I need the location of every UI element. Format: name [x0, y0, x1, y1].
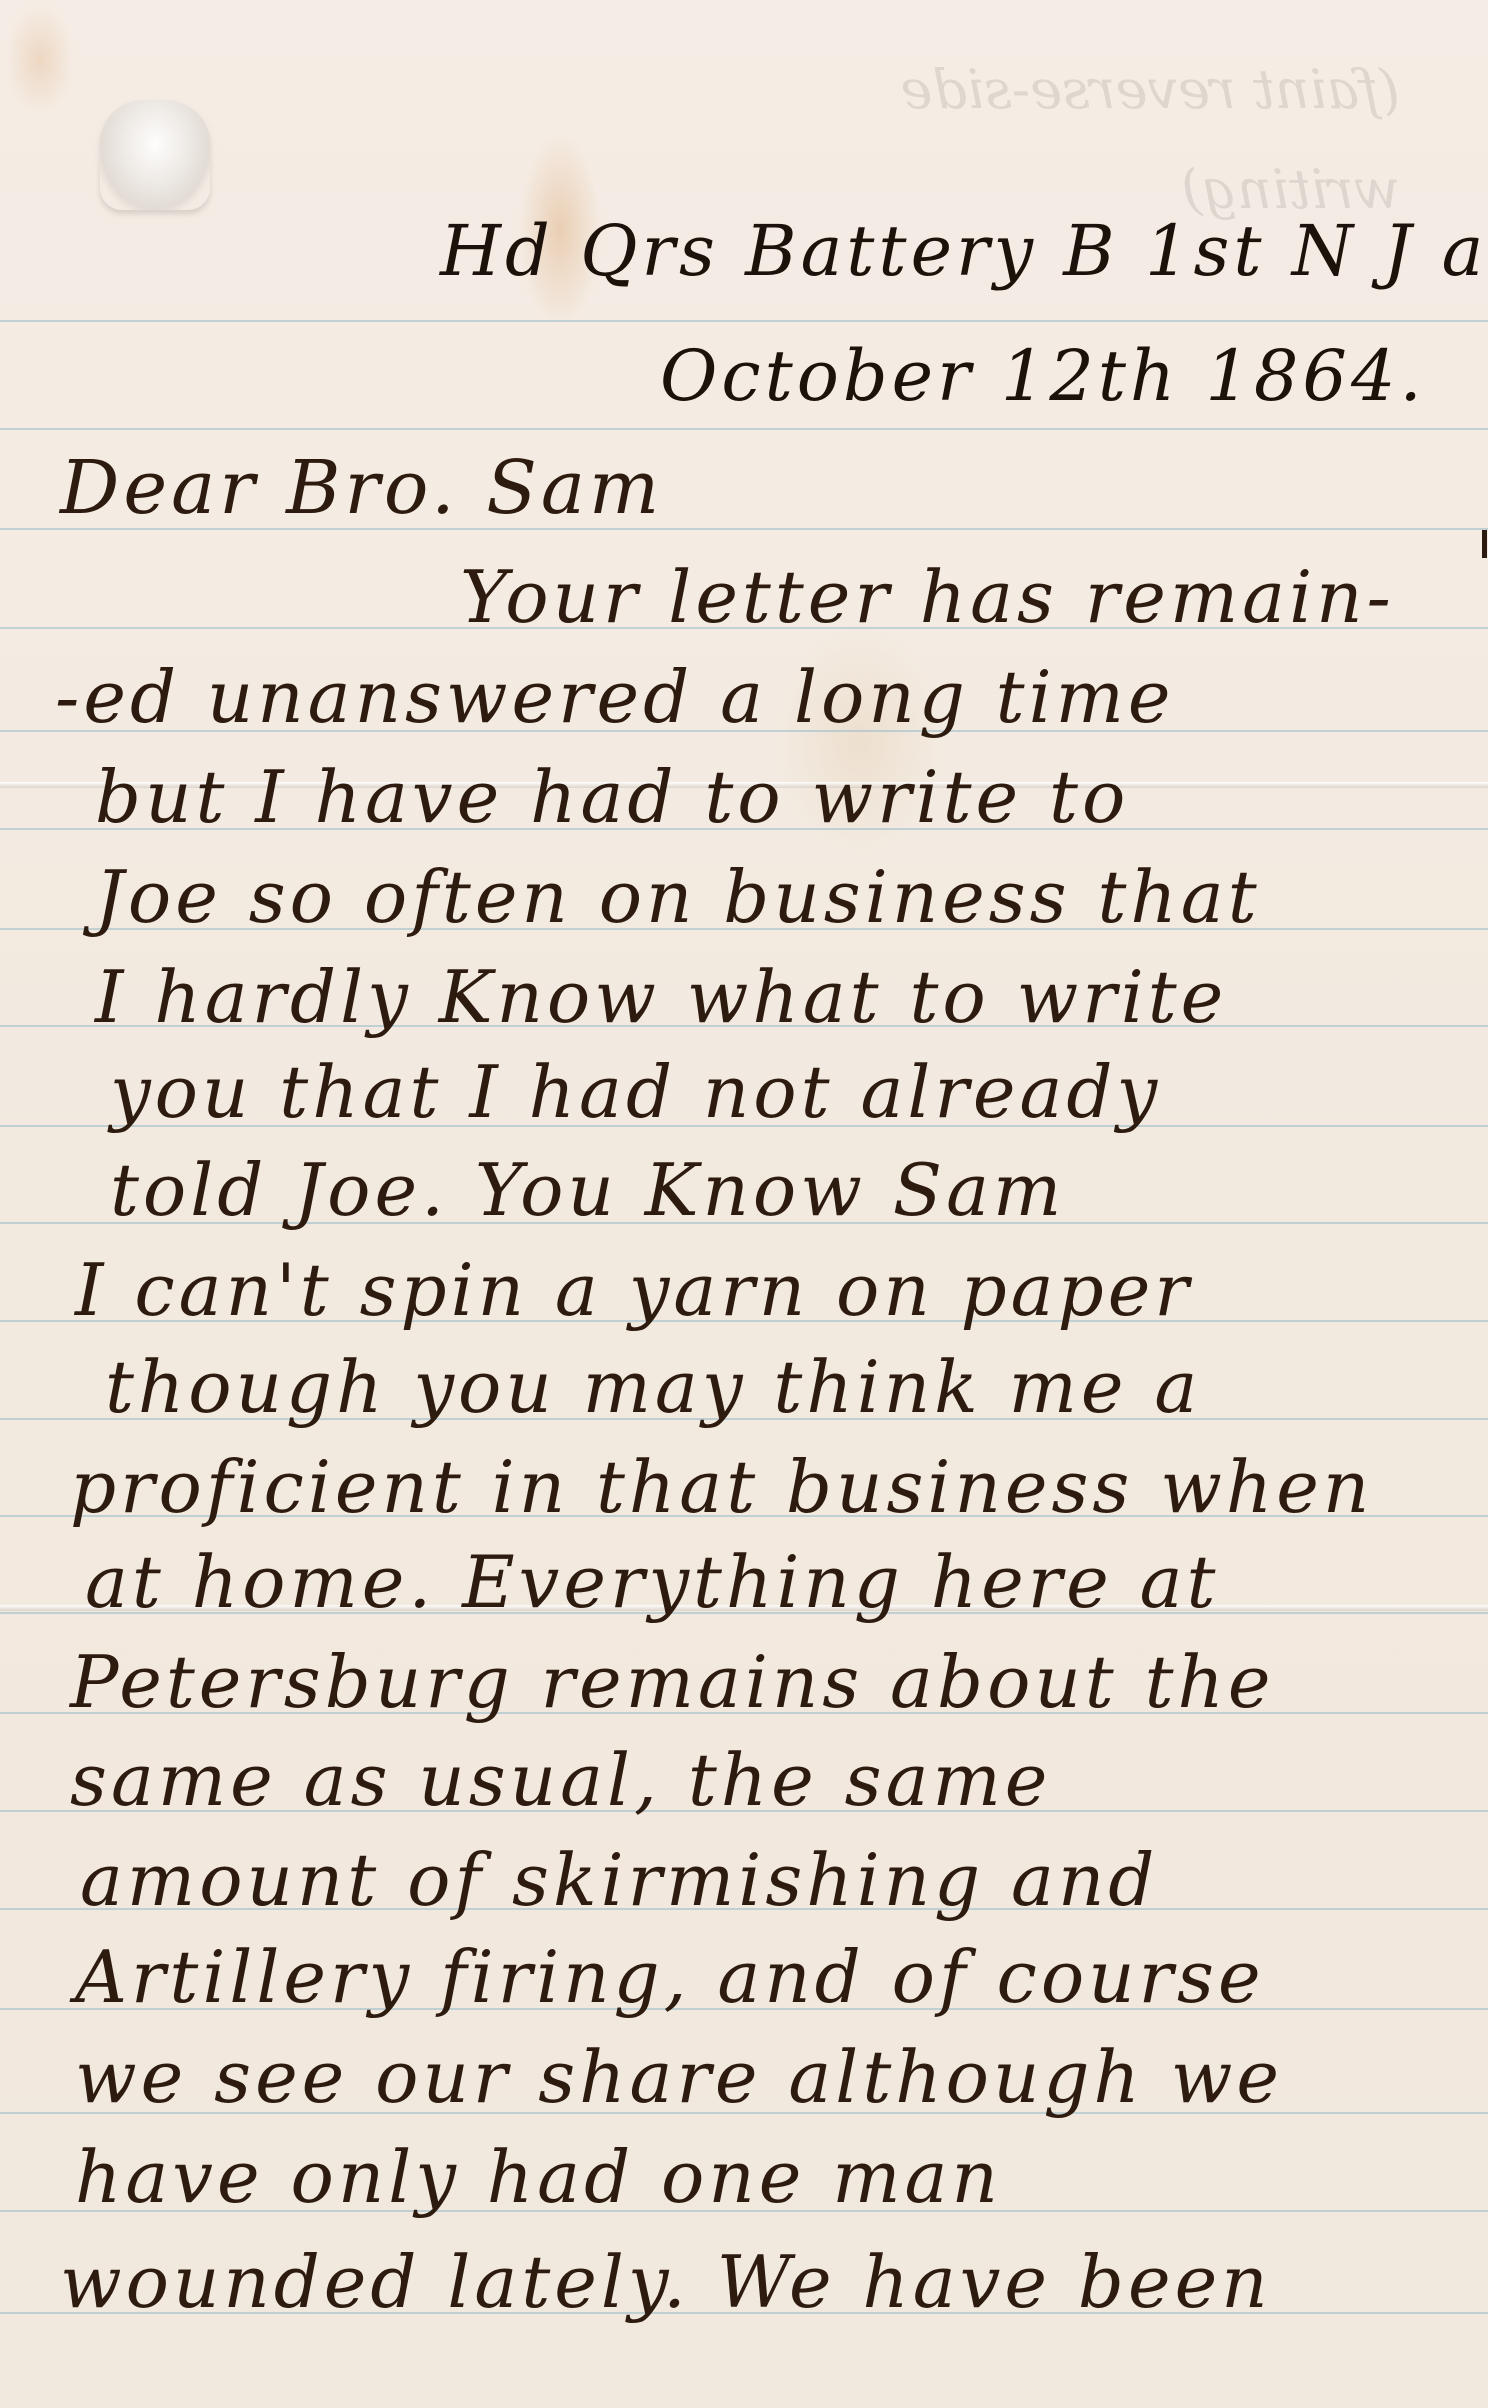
salutation: Dear Bro. Sam — [60, 445, 663, 531]
body-line: amount of skirmishing and — [80, 1838, 1158, 1922]
body-line: Artillery firing, and of course — [75, 1935, 1265, 2019]
body-line: -ed unanswered a long time — [55, 655, 1175, 739]
body-line: but I have had to write to — [95, 755, 1129, 839]
body-line: wounded lately. We have been — [60, 2240, 1272, 2324]
body-line: at home. Everything here at — [85, 1540, 1220, 1624]
edge-mark — [1482, 530, 1487, 558]
body-line: you that I had not already — [110, 1050, 1161, 1134]
body-line: I hardly Know what to write — [95, 955, 1227, 1039]
body-line: I can't spin a yarn on paper — [75, 1248, 1193, 1332]
body-line: Petersburg remains about the — [70, 1640, 1275, 1724]
body-line: same as usual, the same — [70, 1738, 1051, 1822]
body-line: have only had one man — [75, 2135, 1002, 2219]
letter-location: Hd Qrs Battery B 1st N J a — [440, 210, 1487, 292]
body-line: Joe so often on business that — [95, 855, 1261, 939]
ruled-line — [0, 428, 1488, 430]
body-line: Your letter has remain- — [460, 555, 1395, 639]
body-line: we see our share although we — [75, 2035, 1283, 2119]
ruled-line — [0, 320, 1488, 322]
embossed-stamp-icon — [100, 100, 210, 210]
body-line: though you may think me a — [105, 1345, 1201, 1429]
body-line: told Joe. You Know Sam — [110, 1148, 1065, 1232]
letter-date: October 12th 1864. — [660, 335, 1426, 417]
letter-page: (faint reverse-side writing) Hd Qrs Batt… — [0, 0, 1488, 2408]
body-line: proficient in that business when — [70, 1445, 1373, 1529]
